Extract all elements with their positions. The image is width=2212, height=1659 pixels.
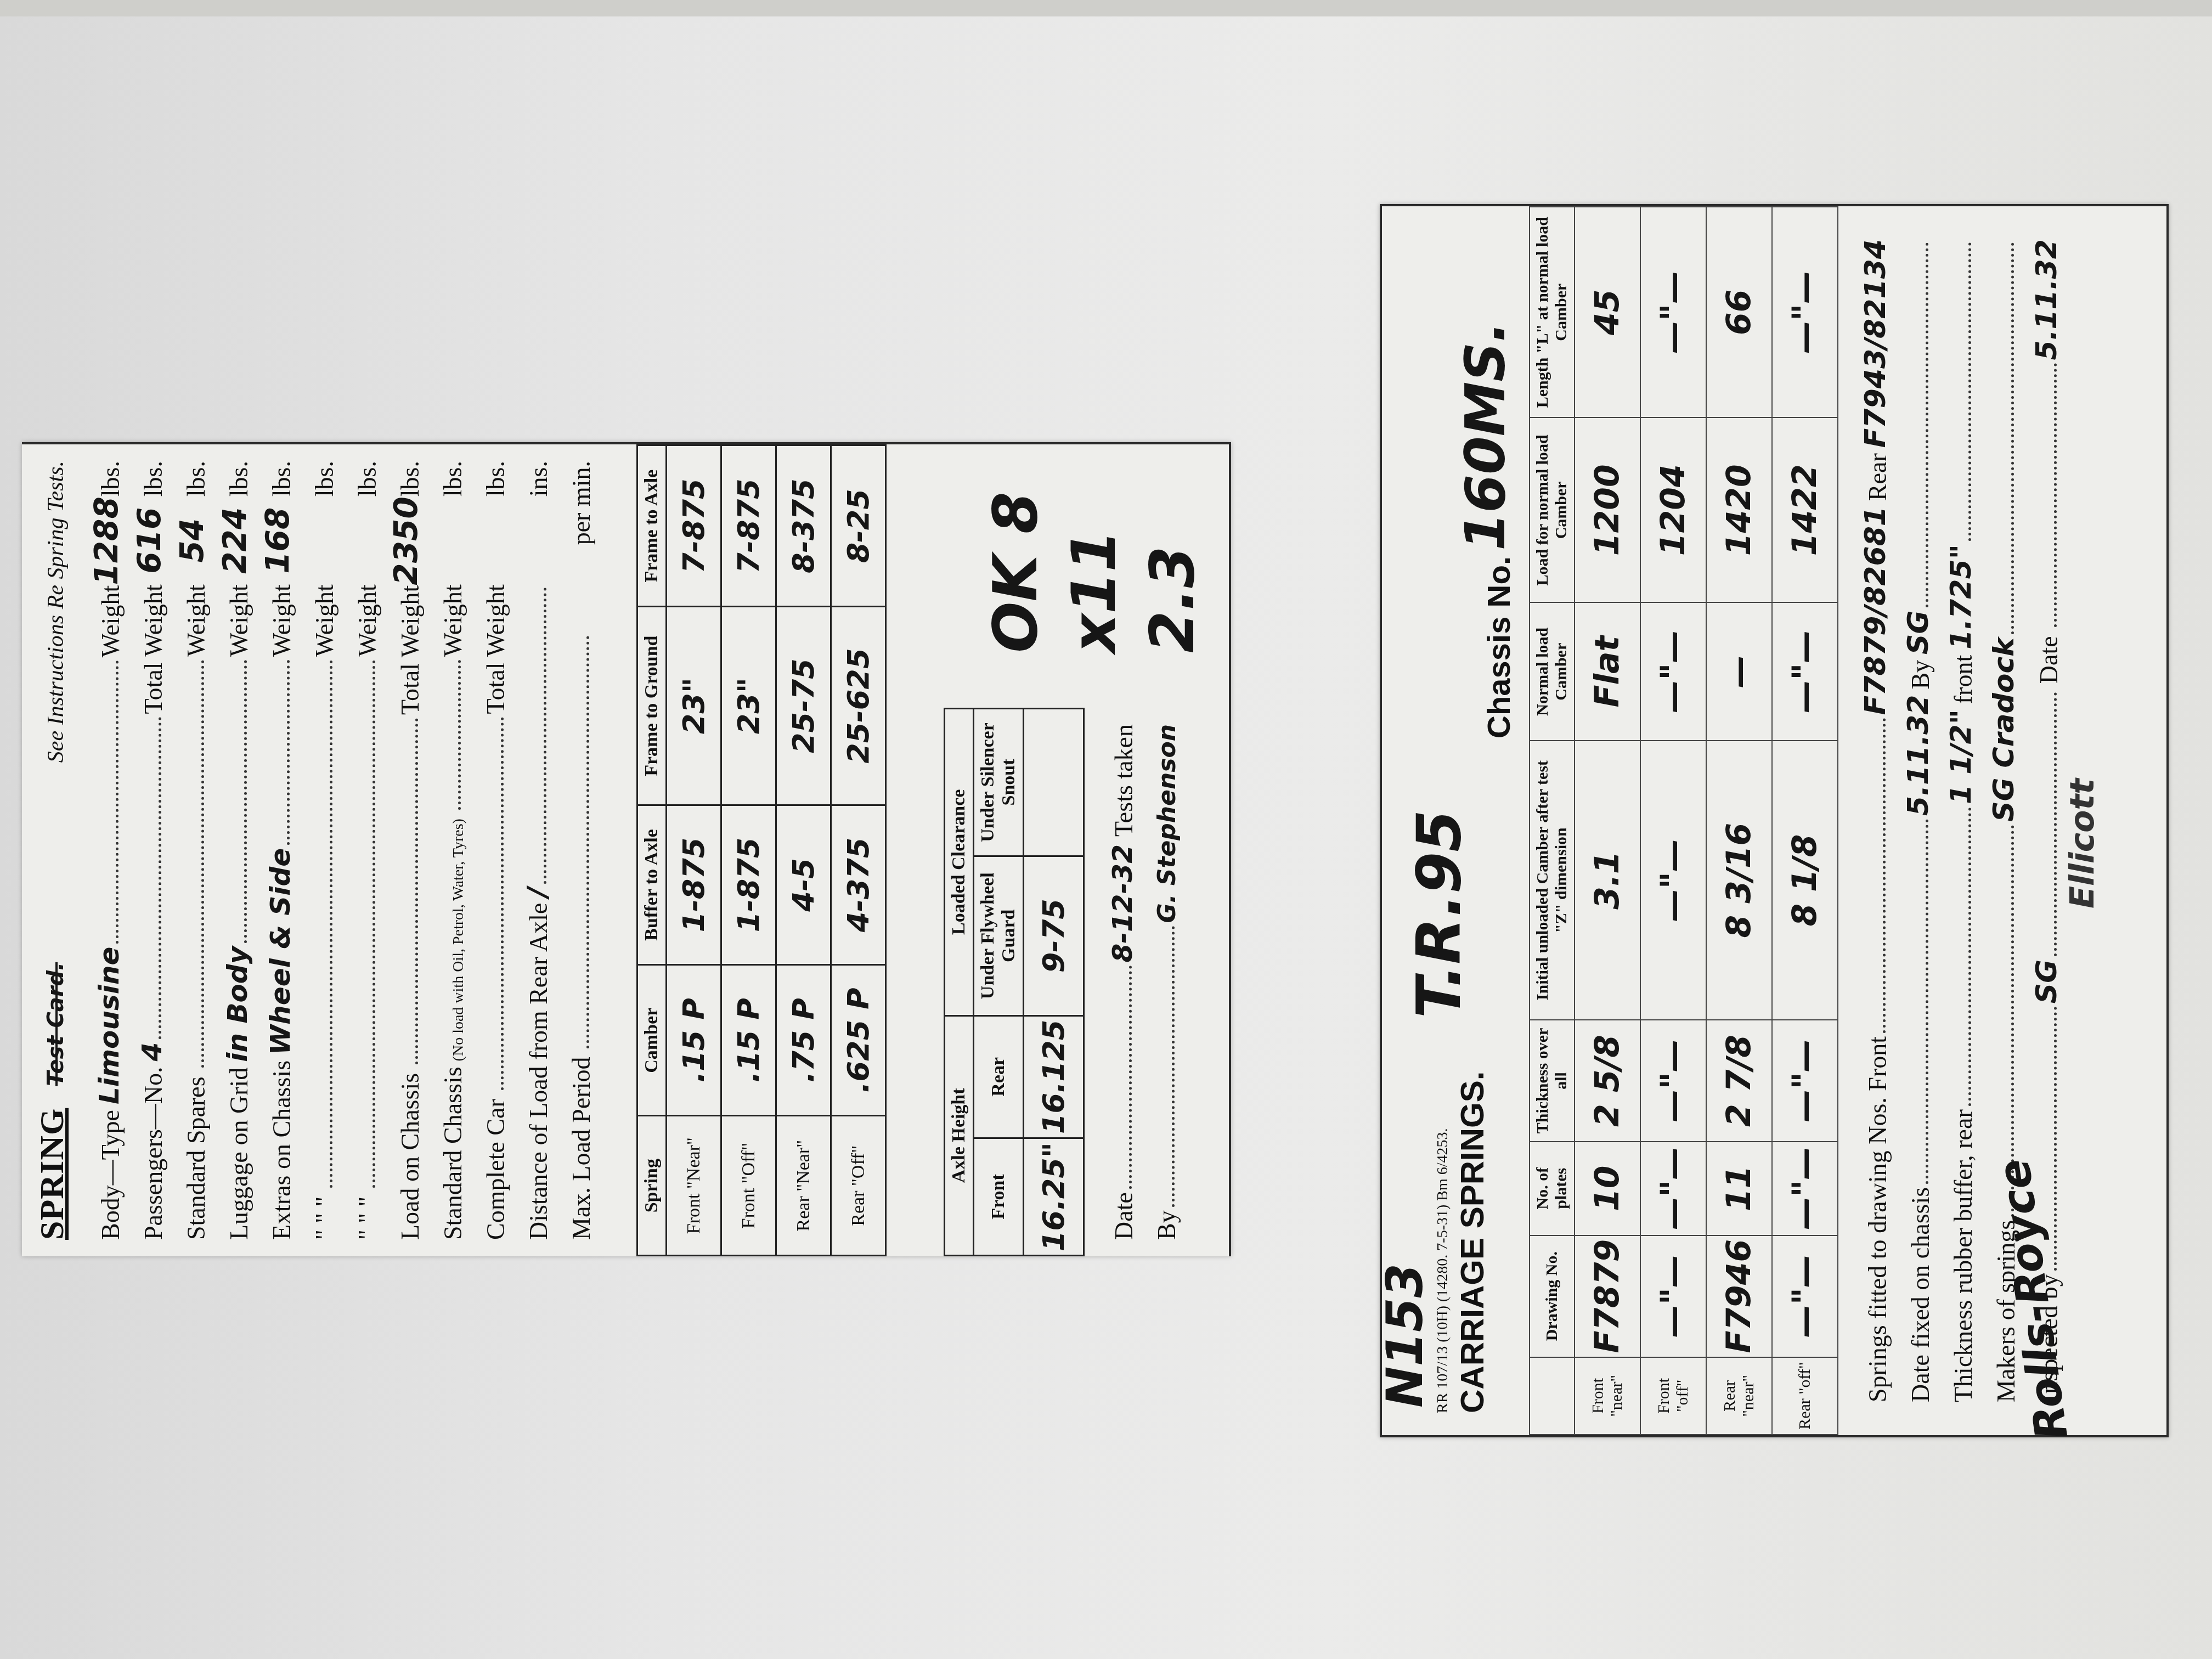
rubber-buffer-label: Thickness rubber buffer, rear xyxy=(1949,1109,1978,1402)
unit-label: per min. xyxy=(567,461,596,545)
table-cell: 1-875 xyxy=(667,805,721,964)
weight-field-row: Extras on ChassisWheel & SideWeight168lb… xyxy=(253,461,296,1240)
table-cell: .625 P xyxy=(831,964,886,1115)
inspection-date: 5.11.32 xyxy=(2030,239,2063,360)
weight-label: Weight xyxy=(310,584,339,657)
table-cell: 2 5/8 xyxy=(1575,1020,1640,1142)
table-cell: —"— xyxy=(1640,1235,1706,1357)
column-header: Normal load Camber xyxy=(1530,602,1575,741)
table-cell: Flat xyxy=(1575,602,1640,741)
table-cell: 45 xyxy=(1575,207,1640,417)
field-label: Standard Spares xyxy=(182,1076,211,1240)
springs-fitted-rear: F7943/82134 xyxy=(1859,239,1892,448)
date-fixed-label: Date fixed on chassis xyxy=(1906,1187,1935,1402)
column-header: Length "L" at normal load Camber xyxy=(1530,207,1575,417)
table-cell: 7-875 xyxy=(721,445,776,607)
field-entry: in Body xyxy=(222,946,253,1062)
unit-label: lbs. xyxy=(438,461,467,496)
axle-front-header: Front xyxy=(974,1138,1024,1256)
springs-fitted-front: F7879/82681 xyxy=(1859,506,1892,715)
weight-field-row: Complete CarTotal Weightlbs. xyxy=(467,461,510,1240)
silencer-value xyxy=(1024,709,1084,856)
table-cell: 4-375 xyxy=(831,805,886,964)
inspected-value: SG xyxy=(2030,960,2063,1003)
table-row: Rear "Near".75 P4-525-758-375 xyxy=(776,445,831,1256)
spring-measurements-table: SpringCamberBuffer to AxleFrame to Groun… xyxy=(636,444,887,1256)
weight-label: Total Weight xyxy=(139,584,168,714)
table-cell: F7879 xyxy=(1575,1235,1640,1357)
loaded-clearance-header: Loaded Clearance xyxy=(945,709,974,1016)
card-title: SPRING xyxy=(33,1108,72,1240)
table-cell: —"— xyxy=(1640,1142,1706,1235)
unit-label: lbs. xyxy=(224,461,253,496)
card-title-struck: Test Card. xyxy=(43,962,69,1086)
column-header xyxy=(1530,1357,1575,1435)
table-cell: .15 P xyxy=(667,964,721,1115)
table-row: Front "off"—"——"——"——"——"—1204—"— xyxy=(1640,207,1706,1435)
table-cell: 7-875 xyxy=(667,445,721,607)
weight-field-row: Standard Chassis(No load with Oil, Petro… xyxy=(425,461,467,1240)
table-cell: —"— xyxy=(1772,1142,1838,1235)
table-cell: —"— xyxy=(1772,207,1838,417)
unit-label: lbs. xyxy=(96,461,125,496)
card-title: CARRIAGE SPRINGS. xyxy=(1453,1071,1491,1413)
weight-value: 1288 xyxy=(88,496,125,585)
table-cell: 1204 xyxy=(1640,417,1706,602)
field-label: Max. Load Period xyxy=(567,1057,596,1240)
table-cell: 11 xyxy=(1706,1142,1772,1235)
unit-label: lbs. xyxy=(182,461,211,496)
row-label: Rear "Off" xyxy=(831,1116,886,1256)
row-label: Rear "off" xyxy=(1772,1357,1838,1435)
handwritten-annotation: OK 8 x11 2.3 xyxy=(977,455,1212,653)
field-note: (No load with Oil, Petrol, Water, Tyres) xyxy=(450,819,467,1061)
table-cell: .75 P xyxy=(776,964,831,1115)
weight-label: Weight xyxy=(353,584,382,657)
carriage-springs-card: N153 RR 107/13 (10H) (14280. 7-5-31) Bm … xyxy=(1380,204,2169,1437)
spring-test-card: SPRING Test Card. See Instructions Re Sp… xyxy=(22,442,1231,1256)
table-cell: 23" xyxy=(721,607,776,805)
silencer-header: Under Silencer Snout xyxy=(974,709,1024,856)
by-signature: G. Stephenson xyxy=(1153,724,1181,923)
table-cell: —"— xyxy=(1640,602,1706,741)
weight-label: Total Weight xyxy=(481,584,510,714)
table-cell: 1420 xyxy=(1706,417,1772,602)
springs-fitted-label: Springs fitted to drawing Nos. Front xyxy=(1863,1036,1892,1402)
field-entry: 4 xyxy=(136,1042,168,1062)
row-label: Rear "near" xyxy=(1706,1357,1772,1435)
weight-field-row: Load on ChassisTotal Weight2350lbs. xyxy=(382,461,425,1240)
table-cell: 25-75 xyxy=(776,607,831,805)
chassis-label: Chassis No. xyxy=(1481,556,1517,738)
column-header: Spring xyxy=(637,1116,667,1256)
unit-label: lbs. xyxy=(396,461,425,496)
weight-value: 2350 xyxy=(387,496,425,585)
table-cell: 8-375 xyxy=(776,445,831,607)
date-value: 8-12-32 xyxy=(1107,844,1138,962)
column-header: Buffer to Axle xyxy=(637,805,667,964)
table-row: Rear "Off".625 P4-37525-6258-25 xyxy=(831,445,886,1256)
table-cell: 8 3/16 xyxy=(1706,741,1772,1020)
table-row: Front "near"F7879102 5/83.1Flat120045 xyxy=(1575,207,1640,1435)
table-cell: 66 xyxy=(1706,207,1772,417)
table-cell: 8-25 xyxy=(831,445,886,607)
card-reference: N153 xyxy=(1376,1263,1434,1408)
row-label: Front "near" xyxy=(1575,1357,1640,1435)
table-cell: F7946 xyxy=(1706,1235,1772,1357)
row-label: Rear "Near" xyxy=(776,1116,831,1256)
table-cell: —"— xyxy=(1772,602,1838,741)
row-label: Front "Off" xyxy=(721,1116,776,1256)
weight-value: 54 xyxy=(173,496,211,584)
chassis-number: 160MS. xyxy=(1453,321,1517,551)
fixed-by-value: SG xyxy=(1902,611,1935,654)
table-row: Rear "off"—"——"——"—8 1/8—"—1422—"— xyxy=(1772,207,1838,1435)
table-cell: 1200 xyxy=(1575,417,1640,602)
weight-value: 616 xyxy=(131,496,168,584)
field-entry: / xyxy=(521,887,553,897)
weight-fields: Body—TypeLimousineWeight1288lbs.Passenge… xyxy=(82,461,596,1240)
makers-value: SG Cradock xyxy=(1988,637,2021,822)
rubber-buffer-front: 1.725" xyxy=(1945,544,1978,650)
axle-height-header: Axle Height xyxy=(945,1015,974,1255)
field-label: " " " xyxy=(353,1197,382,1240)
column-header: Camber xyxy=(637,964,667,1115)
row-label: Front "Near" xyxy=(667,1116,721,1256)
column-header: Load for normal load Camber xyxy=(1530,417,1575,602)
table-cell: 25-625 xyxy=(831,607,886,805)
weight-label: Weight xyxy=(267,584,296,657)
table-row: Front "Near".15 P1-87523"7-875 xyxy=(667,445,721,1256)
table-cell: —"— xyxy=(1772,1020,1838,1142)
weight-value: 224 xyxy=(216,496,253,584)
table-cell: — xyxy=(1706,602,1772,741)
weight-label: Weight xyxy=(96,585,125,658)
table-cell: —"— xyxy=(1640,207,1706,417)
field-label: Luggage on Grid xyxy=(224,1068,253,1240)
front-label: front xyxy=(1949,655,1978,704)
column-header: No. of plates xyxy=(1530,1142,1575,1235)
field-label: Passengers—No. xyxy=(139,1066,168,1240)
flywheel-header: Under Flywheel Guard xyxy=(974,856,1024,1015)
weight-field-row: Body—TypeLimousineWeight1288lbs. xyxy=(82,461,125,1240)
table-row: Front "Off".15 P1-87523"7-875 xyxy=(721,445,776,1256)
field-entry: Limousine xyxy=(93,947,125,1104)
date-fixed-value: 5.11.32 xyxy=(1902,695,1935,816)
weight-value: 168 xyxy=(259,496,296,584)
table-cell: —"— xyxy=(1640,1020,1706,1142)
column-header: Frame to Ground xyxy=(637,607,667,805)
axle-clearance-table: Axle Height Loaded Clearance Front Rear … xyxy=(944,708,1085,1256)
rubber-buffer-rear: 1 1/2" xyxy=(1945,709,1978,804)
unit-label: lbs. xyxy=(267,461,296,496)
table-cell: .15 P xyxy=(721,964,776,1115)
unit-label: lbs. xyxy=(310,461,339,496)
weight-field-row: " " "Weightlbs. xyxy=(339,461,382,1240)
column-header: Thickness over all xyxy=(1530,1020,1575,1142)
unit-label: lbs. xyxy=(139,461,168,496)
table-cell: 1422 xyxy=(1772,417,1838,602)
table-cell: 3.1 xyxy=(1575,741,1640,1020)
unit-label: ins. xyxy=(524,461,553,496)
table-cell: —"— xyxy=(1640,741,1706,1020)
weight-field-row: Max. Load Periodper min. xyxy=(553,461,596,1240)
flywheel-value: 9-75 xyxy=(1024,856,1084,1015)
field-entry: Wheel & Side xyxy=(264,848,296,1055)
field-label: Complete Car xyxy=(481,1099,510,1240)
table-cell: —"— xyxy=(1772,1235,1838,1357)
weight-label: Weight xyxy=(182,584,211,657)
rear-label: Rear xyxy=(1863,453,1892,501)
inspector-signature: Ellicott xyxy=(2063,239,2102,909)
spring-specs-table: Drawing No.No. of platesThickness over a… xyxy=(1529,206,1838,1435)
table-cell: 23" xyxy=(667,607,721,805)
by-label: By xyxy=(1906,660,1935,690)
date-label: Date xyxy=(1109,1192,1138,1240)
column-header: Initial unloaded Camber after test "Z" d… xyxy=(1530,741,1575,1020)
weight-label: Total Weight xyxy=(396,585,425,715)
row-label: Front "off" xyxy=(1640,1357,1706,1435)
field-label: Body—Type xyxy=(96,1110,125,1240)
axle-rear-header: Rear xyxy=(974,1015,1024,1138)
by-label: By xyxy=(1152,1210,1181,1240)
table-row: Rear "near"F7946112 7/88 3/16—142066 xyxy=(1706,207,1772,1435)
table-cell: 10 xyxy=(1575,1142,1640,1235)
weight-field-row: Luggage on Gridin BodyWeight224lbs. xyxy=(211,461,253,1240)
field-label: " " " xyxy=(310,1197,339,1240)
field-label: Distance of Load from Rear Axle xyxy=(524,903,553,1240)
axle-front-value: 16.25" xyxy=(1024,1138,1084,1256)
weight-field-row: " " "Weightlbs. xyxy=(296,461,339,1240)
sleeve-edge xyxy=(0,0,2212,16)
unit-label: lbs. xyxy=(481,461,510,496)
weight-label: Weight xyxy=(224,584,253,657)
field-label: Extras on Chassis xyxy=(267,1060,296,1240)
tests-taken-label: Tests taken xyxy=(1109,724,1138,837)
field-label: Load on Chassis xyxy=(396,1073,425,1240)
column-header: Drawing No. xyxy=(1530,1235,1575,1357)
table-cell: 4-5 xyxy=(776,805,831,964)
weight-field-row: Passengers—No.4Total Weight616lbs. xyxy=(125,461,168,1240)
column-header: Frame to Axle xyxy=(637,445,667,607)
axle-rear-value: 16.125 xyxy=(1024,1015,1084,1138)
weight-field-row: Standard SparesWeight54lbs. xyxy=(168,461,211,1240)
table-cell: 2 7/8 xyxy=(1706,1020,1772,1142)
model-designation: T.R.95 xyxy=(1404,810,1474,1018)
date-label: Date xyxy=(2034,636,2063,684)
unit-label: lbs. xyxy=(353,461,382,496)
form-code: RR 107/13 (10H) (14280. 7-5-31) Bm 6/425… xyxy=(1434,1128,1452,1413)
field-label: Standard Chassis xyxy=(438,1066,467,1240)
table-cell: 8 1/8 xyxy=(1772,741,1838,1020)
table-cell: 1-875 xyxy=(721,805,776,964)
instructions-note: See Instructions Re Spring Tests. xyxy=(43,461,69,763)
weight-field-row: Distance of Load from Rear Axle/ins. xyxy=(510,461,553,1240)
weight-label: Weight xyxy=(438,584,467,657)
